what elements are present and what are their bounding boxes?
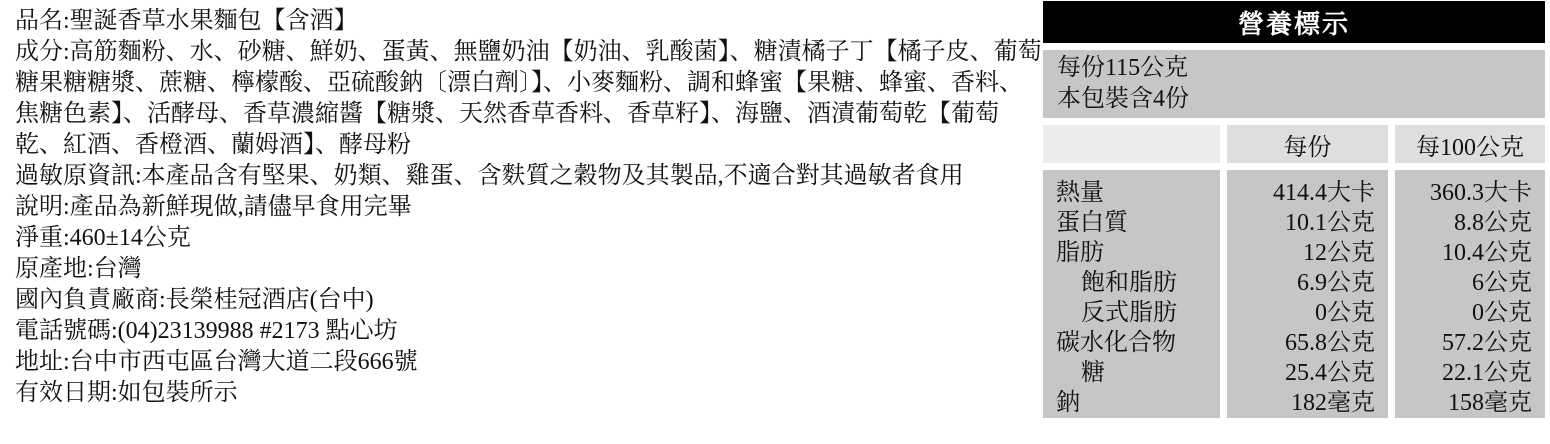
per-100g-value: 6公克 — [1395, 268, 1532, 298]
per-serving-values-column: 414.4大卡 10.1公克 12公克 6.9公克 0公克 65.8公克 25.… — [1227, 170, 1388, 418]
column-header-empty — [1043, 125, 1220, 163]
column-header-per-100g: 每100公克 — [1395, 125, 1545, 163]
nutrition-title: 營養標示 — [1043, 1, 1545, 43]
per-100g-value: 0公克 — [1395, 298, 1532, 328]
per-serving-value: 0公克 — [1227, 298, 1375, 328]
nutrition-table: 營養標示 每份115公克 本包裝含4份 每份 每100公克 熱量 蛋白質 脂肪 … — [1043, 1, 1545, 418]
per-100g-values-column: 360.3大卡 8.8公克 10.4公克 6公克 0公克 57.2公克 22.1… — [1395, 170, 1545, 418]
per-serving-value: 10.1公克 — [1227, 208, 1375, 238]
nutrient-label: 飽和脂肪 — [1056, 268, 1220, 298]
nutrient-label: 脂肪 — [1056, 238, 1220, 268]
info-field-net-weight: 淨重:460±14公克 — [15, 223, 1043, 254]
nutrient-labels-column: 熱量 蛋白質 脂肪 飽和脂肪 反式脂肪 碳水化合物 糖 鈉 — [1043, 170, 1220, 418]
product-info: 品名:聖誕香草水果麵包【含酒】 成分:高筋麵粉、水、砂糖、鮮奶、蛋黃、無鹽奶油【… — [15, 6, 1043, 409]
per-serving-value: 182毫克 — [1227, 388, 1375, 418]
info-field-expiry: 有效日期:如包裝所示 — [15, 378, 1043, 409]
per-serving-value: 414.4大卡 — [1227, 178, 1375, 208]
serving-info-cell: 每份115公克 本包裝含4份 — [1043, 50, 1545, 118]
info-field-description: 說明:產品為新鮮現做,請儘早食用完畢 — [15, 192, 1043, 223]
servings-per-package: 本包裝含4份 — [1057, 84, 1545, 115]
info-field-ingredients: 成分:高筋麵粉、水、砂糖、鮮奶、蛋黃、無鹽奶油【奶油、乳酸菌】、糖漬橘子丁【橘子… — [15, 37, 1043, 161]
per-100g-value: 158毫克 — [1395, 388, 1532, 418]
nutrient-label: 反式脂肪 — [1056, 298, 1220, 328]
per-100g-value: 8.8公克 — [1395, 208, 1532, 238]
per-serving-value: 12公克 — [1227, 238, 1375, 268]
per-serving-value: 6.9公克 — [1227, 268, 1375, 298]
per-serving-value: 25.4公克 — [1227, 358, 1375, 388]
per-100g-value: 10.4公克 — [1395, 238, 1532, 268]
info-field-address: 地址:台中市西屯區台灣大道二段666號 — [15, 347, 1043, 378]
per-serving-value: 65.8公克 — [1227, 328, 1375, 358]
nutrient-label: 蛋白質 — [1056, 208, 1220, 238]
product-label: 品名:聖誕香草水果麵包【含酒】 成分:高筋麵粉、水、砂糖、鮮奶、蛋黃、無鹽奶油【… — [0, 0, 1550, 444]
info-field-product-name: 品名:聖誕香草水果麵包【含酒】 — [15, 6, 1043, 37]
per-100g-value: 57.2公克 — [1395, 328, 1532, 358]
nutrient-label: 熱量 — [1056, 178, 1220, 208]
info-field-phone: 電話號碼:(04)23139988 #2173 點心坊 — [15, 316, 1043, 347]
nutrient-label: 碳水化合物 — [1056, 328, 1220, 358]
column-header-per-serving: 每份 — [1227, 125, 1388, 163]
per-100g-value: 360.3大卡 — [1395, 178, 1532, 208]
info-field-allergen: 過敏原資訊:本產品含有堅果、奶類、雞蛋、含麩質之穀物及其製品,不適合對其過敏者食… — [15, 161, 1043, 192]
info-field-origin: 原產地:台灣 — [15, 254, 1043, 285]
nutrient-label: 鈉 — [1056, 388, 1220, 418]
per-100g-value: 22.1公克 — [1395, 358, 1532, 388]
info-field-manufacturer: 國內負責廠商:長榮桂冠酒店(台中) — [15, 285, 1043, 316]
nutrient-label: 糖 — [1056, 358, 1220, 388]
serving-size: 每份115公克 — [1057, 53, 1545, 84]
